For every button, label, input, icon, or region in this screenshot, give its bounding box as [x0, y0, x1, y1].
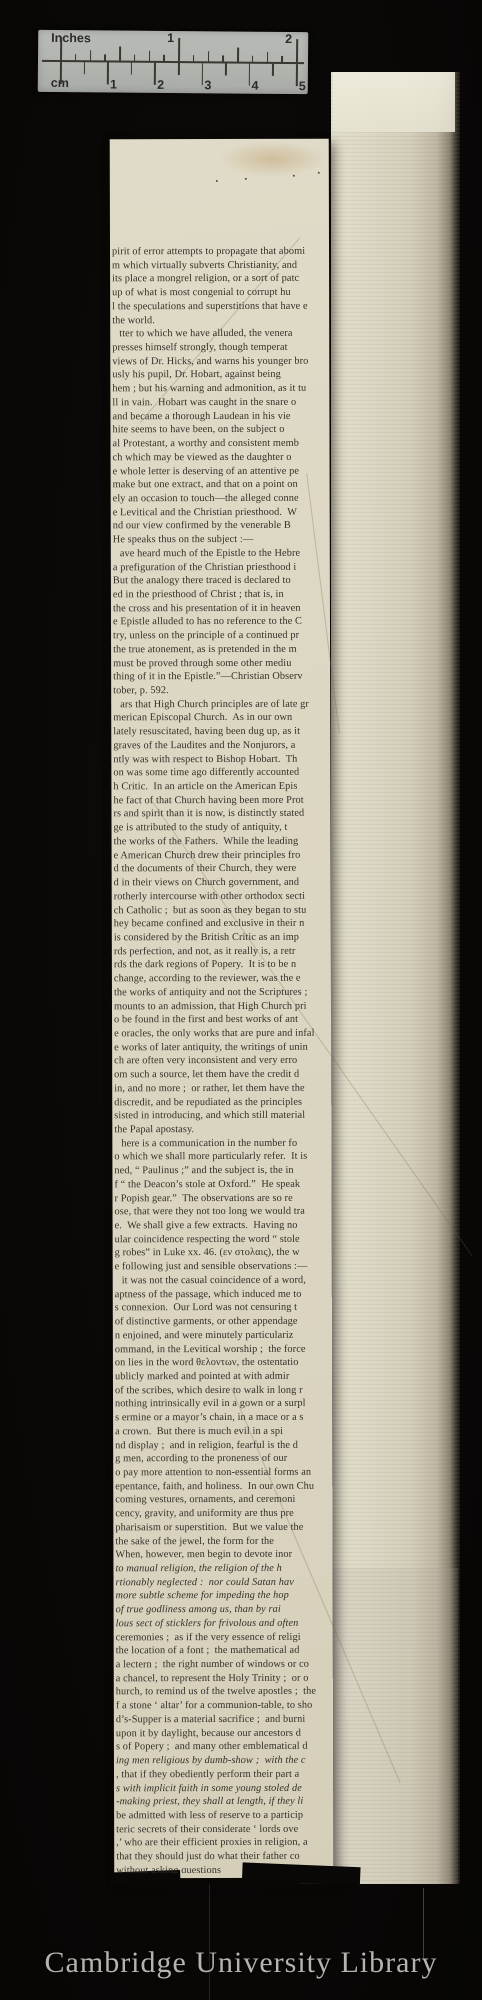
text-line: to manual religion, the religion of the …: [115, 1562, 332, 1576]
text-line: ch are often very inconsistent and very …: [114, 1054, 331, 1068]
inch-tick: [237, 48, 239, 63]
text-line: cency, gravity, and uniformity are thus …: [115, 1507, 332, 1521]
text-line: o be found in the first and best works o…: [114, 1013, 331, 1027]
text-line: e Levitical and the Christian priesthood…: [113, 505, 330, 519]
cm-tick: [131, 62, 133, 74]
inch-tick: [252, 56, 254, 63]
ruler-midline: [42, 60, 304, 64]
text-line: of the scribes, which desire to walk in …: [115, 1383, 332, 1397]
cm-number: 4: [252, 79, 259, 93]
text-line: e works of later antiquity, the writings…: [114, 1040, 331, 1054]
inch-tick: [266, 52, 268, 63]
ink-speck: [245, 178, 247, 180]
text-line: d in their views on Church government, a…: [114, 876, 331, 890]
text-line: rds the dark regions of Popery. It is to…: [114, 958, 331, 972]
text-line: nd display ; and in religion, fearful is…: [115, 1438, 332, 1452]
text-line: the true atonement, as is pretended in t…: [113, 643, 330, 657]
text-line: aptness of the passage, which induced me…: [115, 1287, 332, 1301]
text-line: here is a communication in the number fo: [114, 1136, 331, 1150]
text-line: rtionably neglected : nor could Satan ha…: [115, 1575, 332, 1589]
inch-tick: [149, 51, 151, 62]
text-line: the world.: [112, 313, 329, 327]
text-line: he fact of that Church having been more …: [113, 793, 330, 807]
text-line: be admitted with less of reserve to a pa…: [116, 1809, 333, 1823]
inch-tick: [90, 50, 92, 61]
cm-number: 5: [299, 79, 306, 93]
text-line: rs and spirit than it is now, is distinc…: [113, 807, 330, 821]
text-line: lous sect of sticklers for frivolous and…: [116, 1617, 333, 1631]
text-line: its place a mongrel religion, or a sort …: [112, 272, 329, 286]
cloth-seam: [209, 1884, 210, 2000]
text-line: ars that High Church principles are of l…: [113, 697, 330, 711]
ink-speck: [216, 180, 218, 182]
text-line: sisted in introducing, and which still m…: [114, 1109, 331, 1123]
text-line: hurch, to remind us of the twelve apostl…: [116, 1685, 333, 1699]
text-line: ing men religious by dumb-show ; with th…: [116, 1754, 333, 1768]
text-line: ely an occasion to touch—the alleged con…: [113, 492, 330, 506]
cm-tick: [107, 62, 109, 84]
cm-tick: [296, 64, 298, 86]
text-line: the location of a font ; the mathematica…: [116, 1644, 333, 1658]
cm-number: 1: [110, 77, 117, 91]
inch-tick: [60, 37, 62, 61]
text-line: merican Episcopal Church. As in our own: [113, 711, 330, 725]
text-line: try, unless on the principle of a contin…: [113, 629, 330, 643]
text-line: a crown. But there is much evil in a spi: [115, 1425, 332, 1439]
text-line: a lectern ; the right number of windows …: [116, 1658, 333, 1672]
text-line: ave heard much of the Epistle to the Heb…: [113, 547, 330, 561]
text-line: s with implicit faith in some young stol…: [116, 1781, 333, 1795]
text-line: o which we shall more particularly refer…: [114, 1150, 331, 1164]
text-line: o pay more attention to non-essential fo…: [115, 1466, 332, 1480]
cm-number: 3: [204, 78, 211, 92]
text-line: and became a thorough Laudean in his vie: [112, 409, 329, 423]
cm-tick: [201, 63, 203, 85]
inch-tick: [119, 47, 121, 62]
text-line: ular coincidence respecting the word “ s…: [115, 1232, 332, 1246]
inch-tick: [281, 56, 283, 63]
text-line: in, and no more ; or rather, let them ha…: [114, 1082, 331, 1096]
text-line: ,’ who are their efficient proxies in re…: [116, 1836, 333, 1850]
inch-number: 2: [285, 32, 292, 46]
text-line: the works of the Fathers. While the lead…: [114, 835, 331, 849]
text-line: tter to which we have alluded, the vener…: [112, 327, 329, 341]
text-line: views of Dr. Hicks, and warns his younge…: [112, 354, 329, 368]
text-line: change, according to the reviewer, was t…: [114, 972, 331, 986]
inch-tick: [134, 55, 136, 62]
text-line: e Epistle alluded to has no reference to…: [113, 615, 330, 629]
text-line: r Popish gear.” The observations are so …: [114, 1191, 331, 1205]
text-line: When, however, men begin to devote inor: [115, 1548, 332, 1562]
inch-tick: [163, 55, 165, 62]
text-line: ose, that were they not too long we woul…: [115, 1205, 332, 1219]
printed-text-column: pirit of error attempts to propagate tha…: [112, 245, 333, 1874]
inch-tick: [75, 54, 77, 61]
text-line: teric secrets of their considerate ‘ lor…: [116, 1822, 333, 1836]
text-line: a chancel, to represent the Holy Trinity…: [116, 1671, 333, 1685]
ruler-inches-label: Inches: [51, 31, 91, 45]
inch-tick: [207, 51, 209, 62]
text-line: al Protestant, a worthy and consistent m…: [113, 437, 330, 451]
cm-tick: [225, 63, 227, 75]
text-line: tober, p. 592.: [113, 684, 330, 698]
cm-tick: [154, 62, 156, 84]
book-page-edges-top-highlight: [333, 72, 455, 132]
photograph-background: Inches cm 12 12345 pirit of error attemp…: [0, 0, 482, 2000]
text-line: f a stone ‘ altar’ for a communion-table…: [116, 1699, 333, 1713]
text-line: d the documents of their Church, they we…: [114, 862, 331, 876]
text-line: on was some time ago differently account…: [113, 766, 330, 780]
text-line: g robes” in Luke xx. 46. (εν στολαις), t…: [115, 1246, 332, 1260]
cm-tick: [60, 62, 62, 84]
text-line: lately resuscitated, having been dug up,…: [113, 725, 330, 739]
text-line: g men, according to the proneness of our: [115, 1452, 332, 1466]
text-line: rotherly intercourse with other orthodox…: [114, 889, 331, 903]
text-line: ge is attributed to the study of antiqui…: [114, 821, 331, 835]
text-line: the sake of the jewel, the form for the: [115, 1534, 332, 1548]
text-line: ll in vain. Hobart was caught in the sna…: [112, 396, 329, 410]
text-line: d’s-Supper is a material sacrifice ; and…: [116, 1713, 333, 1727]
text-line: ublicly marked and pointed at with admir: [115, 1370, 332, 1384]
cm-tick: [83, 62, 85, 74]
text-line: He speaks thus on the subject :—: [113, 533, 330, 547]
text-line: up of what is most congenial to corrupt …: [112, 286, 329, 300]
text-line: f “ the Deacon’s stole at Oxford.” He sp…: [114, 1178, 331, 1192]
text-line: a prefiguration of the Christian priesth…: [113, 560, 330, 574]
text-line: ch Catholic ; but as soon as they began …: [114, 903, 331, 917]
cm-number: 2: [157, 78, 164, 92]
text-line: m which virtually subverts Christianity,…: [112, 258, 329, 272]
text-line: mounts to an admission, that High Church…: [114, 999, 331, 1013]
text-line: of true godliness among us, than by rai: [116, 1603, 333, 1617]
text-line: , that if they obediently perform their …: [116, 1767, 333, 1781]
text-line: epentance, faith, and holiness. In our o…: [115, 1479, 332, 1493]
ink-speck: [318, 172, 320, 174]
text-line: of distinctive garments, or other append…: [115, 1315, 332, 1329]
text-line: nothing intrinsically evil in a gown or …: [115, 1397, 332, 1411]
text-line: hey became confined and exclusive in the…: [114, 917, 331, 931]
text-line: the works of antiquity and not the Scrip…: [114, 986, 331, 1000]
ink-speck: [293, 175, 295, 177]
text-line: hite seems to have been, on the subject …: [112, 423, 329, 437]
text-line: rds perfection, and not, as it really is…: [114, 944, 331, 958]
text-line: the cross and his presentation of it in …: [113, 601, 330, 615]
text-line: more subtle scheme for impeding the hop: [116, 1589, 333, 1603]
text-line: l the speculations and superstitions tha…: [112, 300, 329, 314]
text-line: that they should just do what their fath…: [116, 1850, 333, 1864]
inch-number: 1: [167, 31, 174, 45]
text-line: e American Church drew their principles …: [114, 848, 331, 862]
text-line: nd our view confirmed by the venerable B: [113, 519, 330, 533]
text-line: ned, “ Paulinus ;” and the subject is, t…: [114, 1164, 331, 1178]
text-line: the Papal apostasy.: [114, 1123, 331, 1137]
text-line: s of Popery ; and many other emblematica…: [116, 1740, 333, 1754]
text-line: discredit, and be repudiated as the prin…: [114, 1095, 331, 1109]
text-line: presses himself strongly, though tempera…: [112, 341, 329, 355]
library-attribution: Cambridge University Library: [0, 1946, 482, 1980]
text-line: without asking questions: [116, 1864, 333, 1874]
text-line: it was not the casual coincidence of a w…: [115, 1274, 332, 1288]
text-line: make but one extract, and that on a poin…: [113, 478, 330, 492]
text-line: ch which may be viewed as the daughter o: [113, 450, 330, 464]
text-line: pharisaism or superstition. But we value…: [115, 1521, 332, 1535]
text-line: h Critic. In an article on the American …: [113, 780, 330, 794]
inch-tick: [193, 55, 195, 62]
text-line: e whole letter is deserving of an attent…: [113, 464, 330, 478]
text-line: hem ; but his warning and admonition, as…: [112, 382, 329, 396]
text-line: -making priest, they shall at length, if…: [116, 1795, 333, 1809]
inch-tick: [104, 54, 106, 61]
newspaper-clipping: pirit of error attempts to propagate tha…: [110, 139, 334, 1879]
text-line: ommand, in the Levitical worship ; the f…: [115, 1342, 332, 1356]
text-line: ntly was with respect to Bishop Hobart. …: [113, 752, 330, 766]
text-line: graves of the Laudites and the Nonjurors…: [113, 739, 330, 753]
inch-tick: [222, 55, 224, 62]
text-line: ed in the priesthood of Christ ; that is…: [113, 588, 330, 602]
text-line: n enjoined, and were minutely particular…: [115, 1328, 332, 1342]
text-line: usly his pupil, Dr. Hobart, against bein…: [112, 368, 329, 382]
text-line: on lies in the word θελοντων, the ostent…: [115, 1356, 332, 1370]
text-line: s connexion. Our Lord was not censuring …: [115, 1301, 332, 1315]
text-line: e oracles, the only works that are pure …: [114, 1027, 331, 1041]
inch-tick: [178, 38, 180, 62]
measurement-ruler: Inches cm 12 12345: [38, 30, 309, 94]
cm-tick: [178, 63, 180, 75]
cm-tick: [249, 63, 251, 85]
text-line: is considered by the British Critic as a…: [114, 931, 331, 945]
text-line: upon it by daylight, because our ancesto…: [116, 1726, 333, 1740]
text-line: s ermine or a mayor’s chain, in a mace o…: [115, 1411, 332, 1425]
text-line: ceremonies ; as if the very essence of r…: [116, 1630, 333, 1644]
text-line: coming vestures, ornaments, and ceremoni: [115, 1493, 332, 1507]
text-line: But the analogy there traced is declared…: [113, 574, 330, 588]
text-line: e following just and sensible observatio…: [115, 1260, 332, 1274]
text-line: om such a source, let them have the cred…: [114, 1068, 331, 1082]
text-line: must be proved through some other mediu: [113, 656, 330, 670]
text-line: pirit of error attempts to propagate tha…: [112, 245, 329, 259]
text-line: e. We shall give a few extracts. Having …: [115, 1219, 332, 1233]
inch-tick: [296, 39, 298, 63]
paper-stain: [218, 141, 328, 177]
cm-tick: [272, 63, 274, 75]
text-line: thing of it in the Epistle.”—Christian O…: [113, 670, 330, 684]
